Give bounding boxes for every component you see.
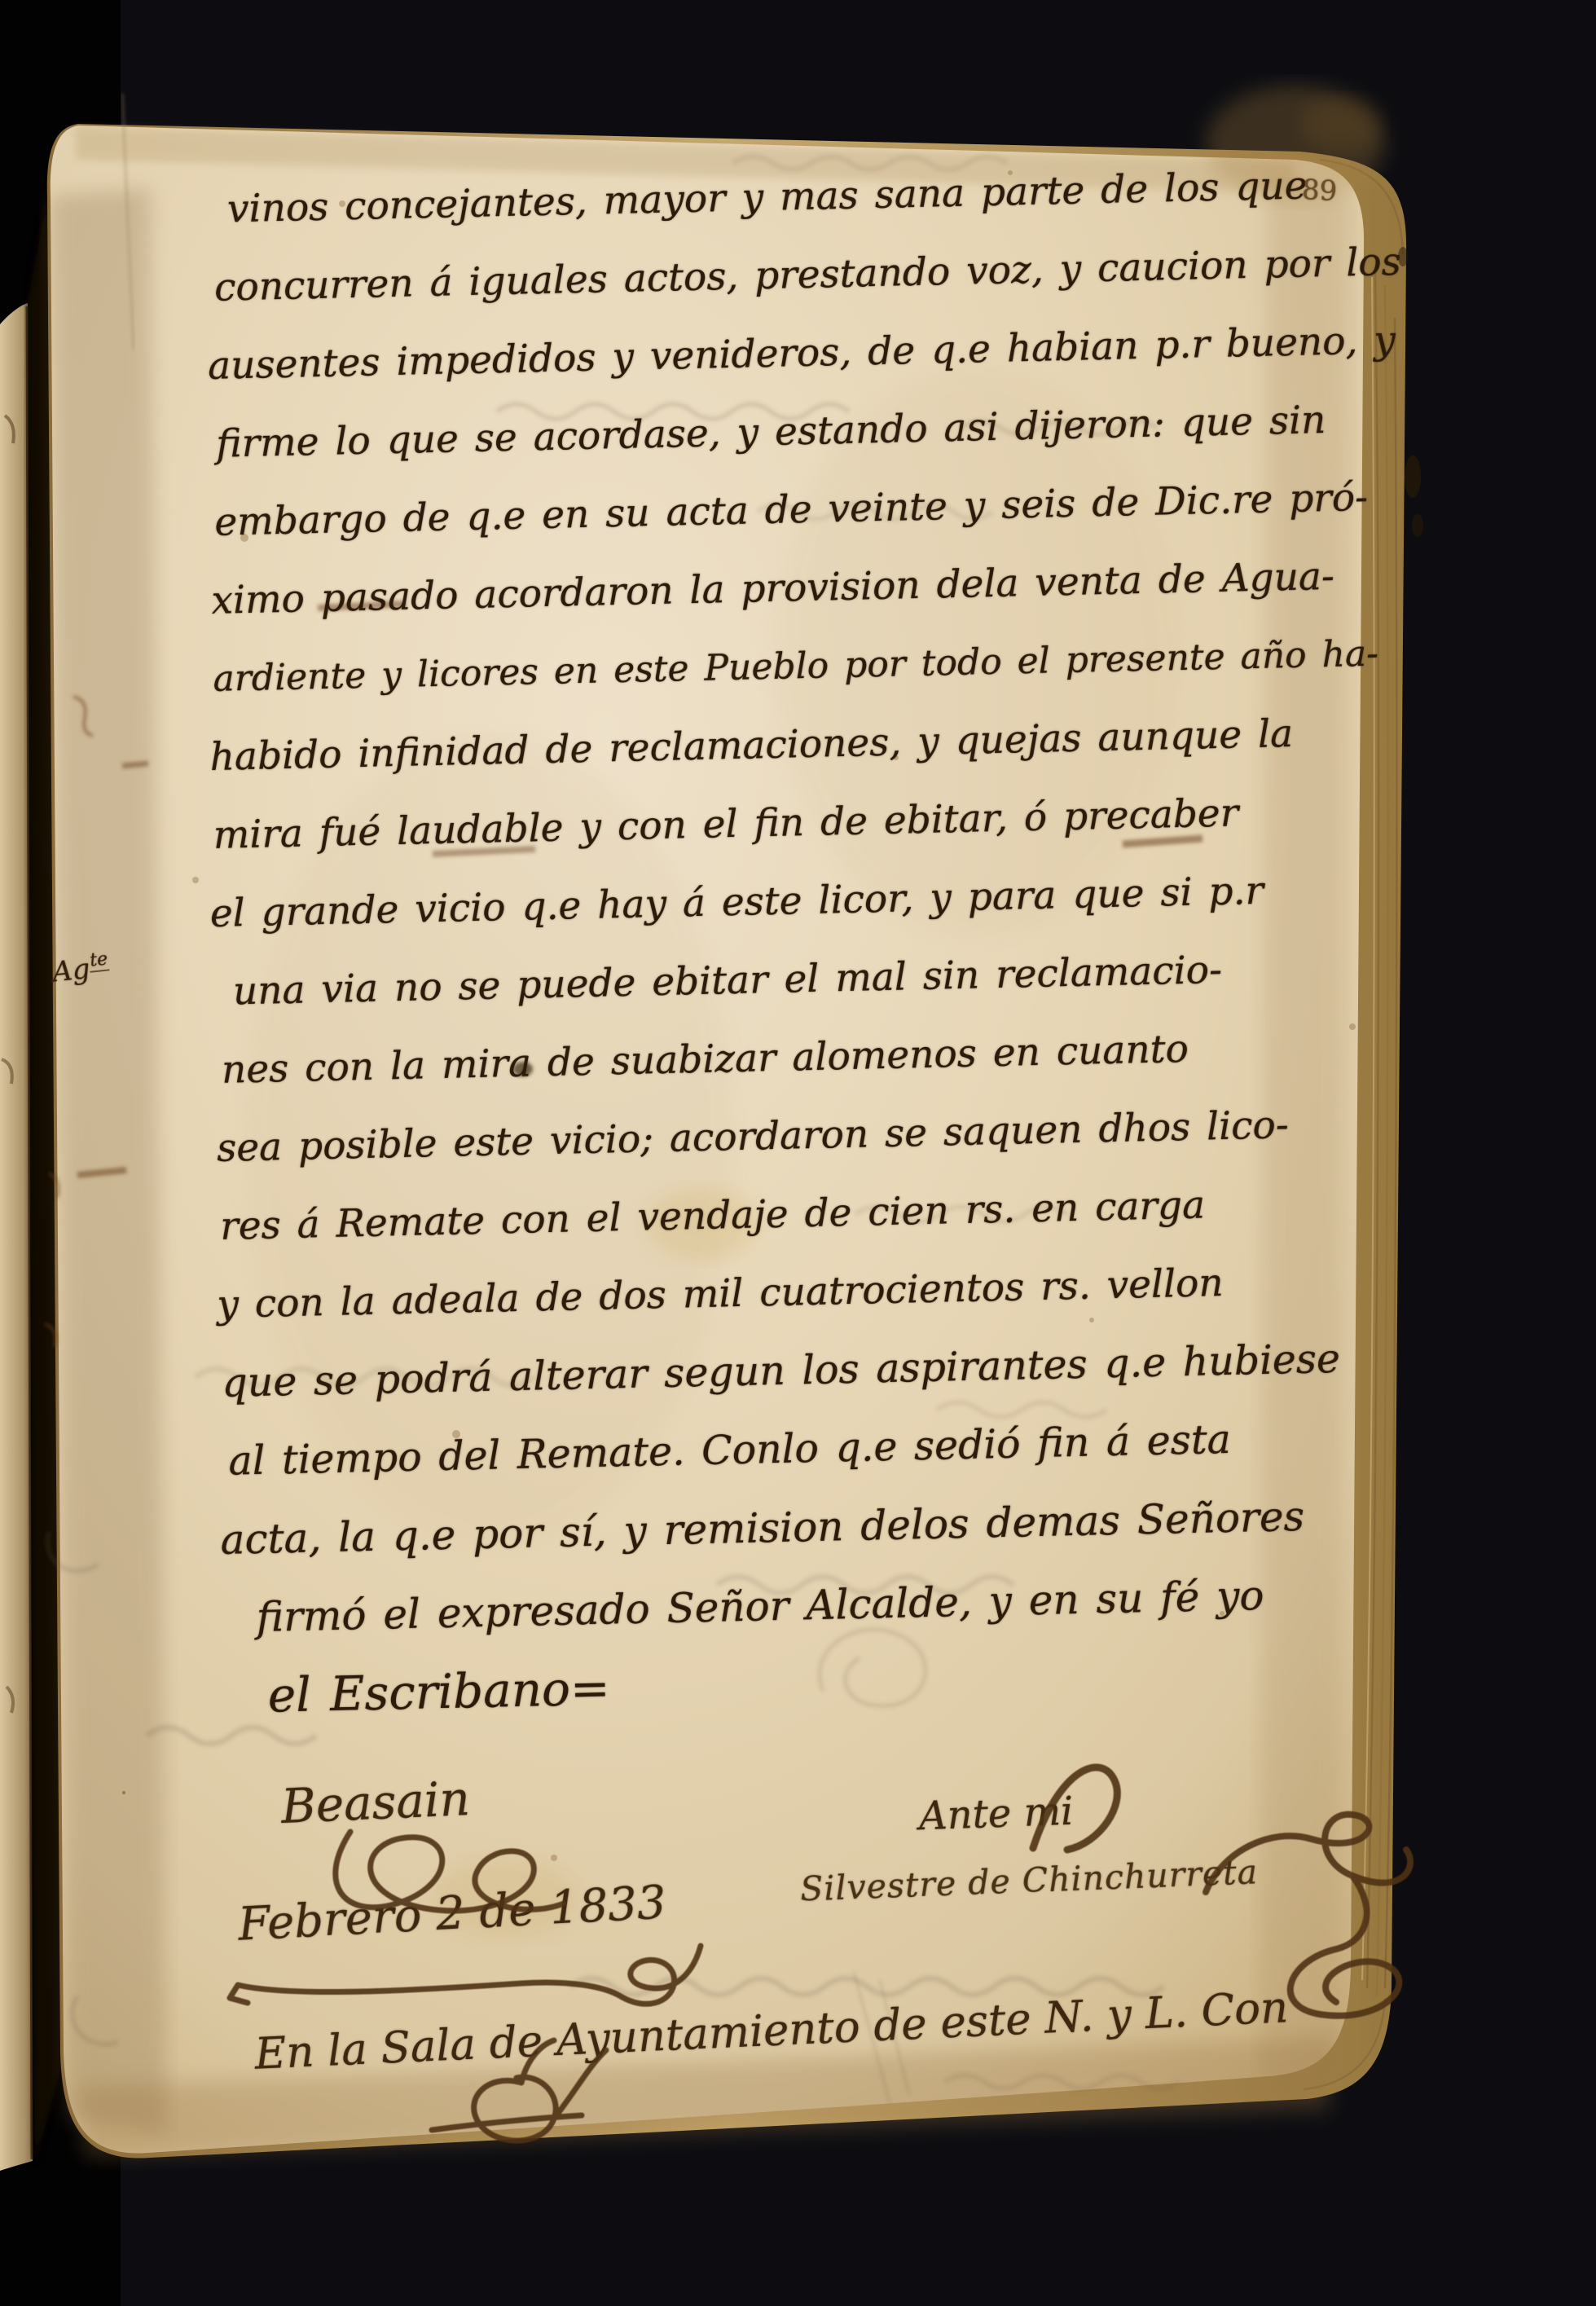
town-name: Beasain	[280, 1771, 472, 1834]
margin-note-superscript: te	[88, 948, 110, 972]
background-mat	[0, 0, 121, 2306]
manuscript-scan: vinos concejantes, mayor y mas sana part…	[0, 0, 1596, 2306]
margin-note-aguardiente: Agte	[51, 948, 111, 988]
manuscript-text: vinos concejantes, mayor y mas sana part…	[202, 145, 1442, 1736]
notary-signature: Silvestre de Chinchurreta	[799, 1852, 1259, 1909]
page-number: 89	[1301, 174, 1338, 208]
session-opening-line: En la Sala de Ayuntamiento de este N. y …	[253, 1983, 1289, 2079]
date-line: Febrero 2 de 1833	[237, 1876, 667, 1951]
ante-mi-label: Ante mi	[918, 1789, 1074, 1840]
date-underline-flourish	[230, 1946, 701, 2004]
margin-note-base: Ag	[51, 953, 91, 989]
